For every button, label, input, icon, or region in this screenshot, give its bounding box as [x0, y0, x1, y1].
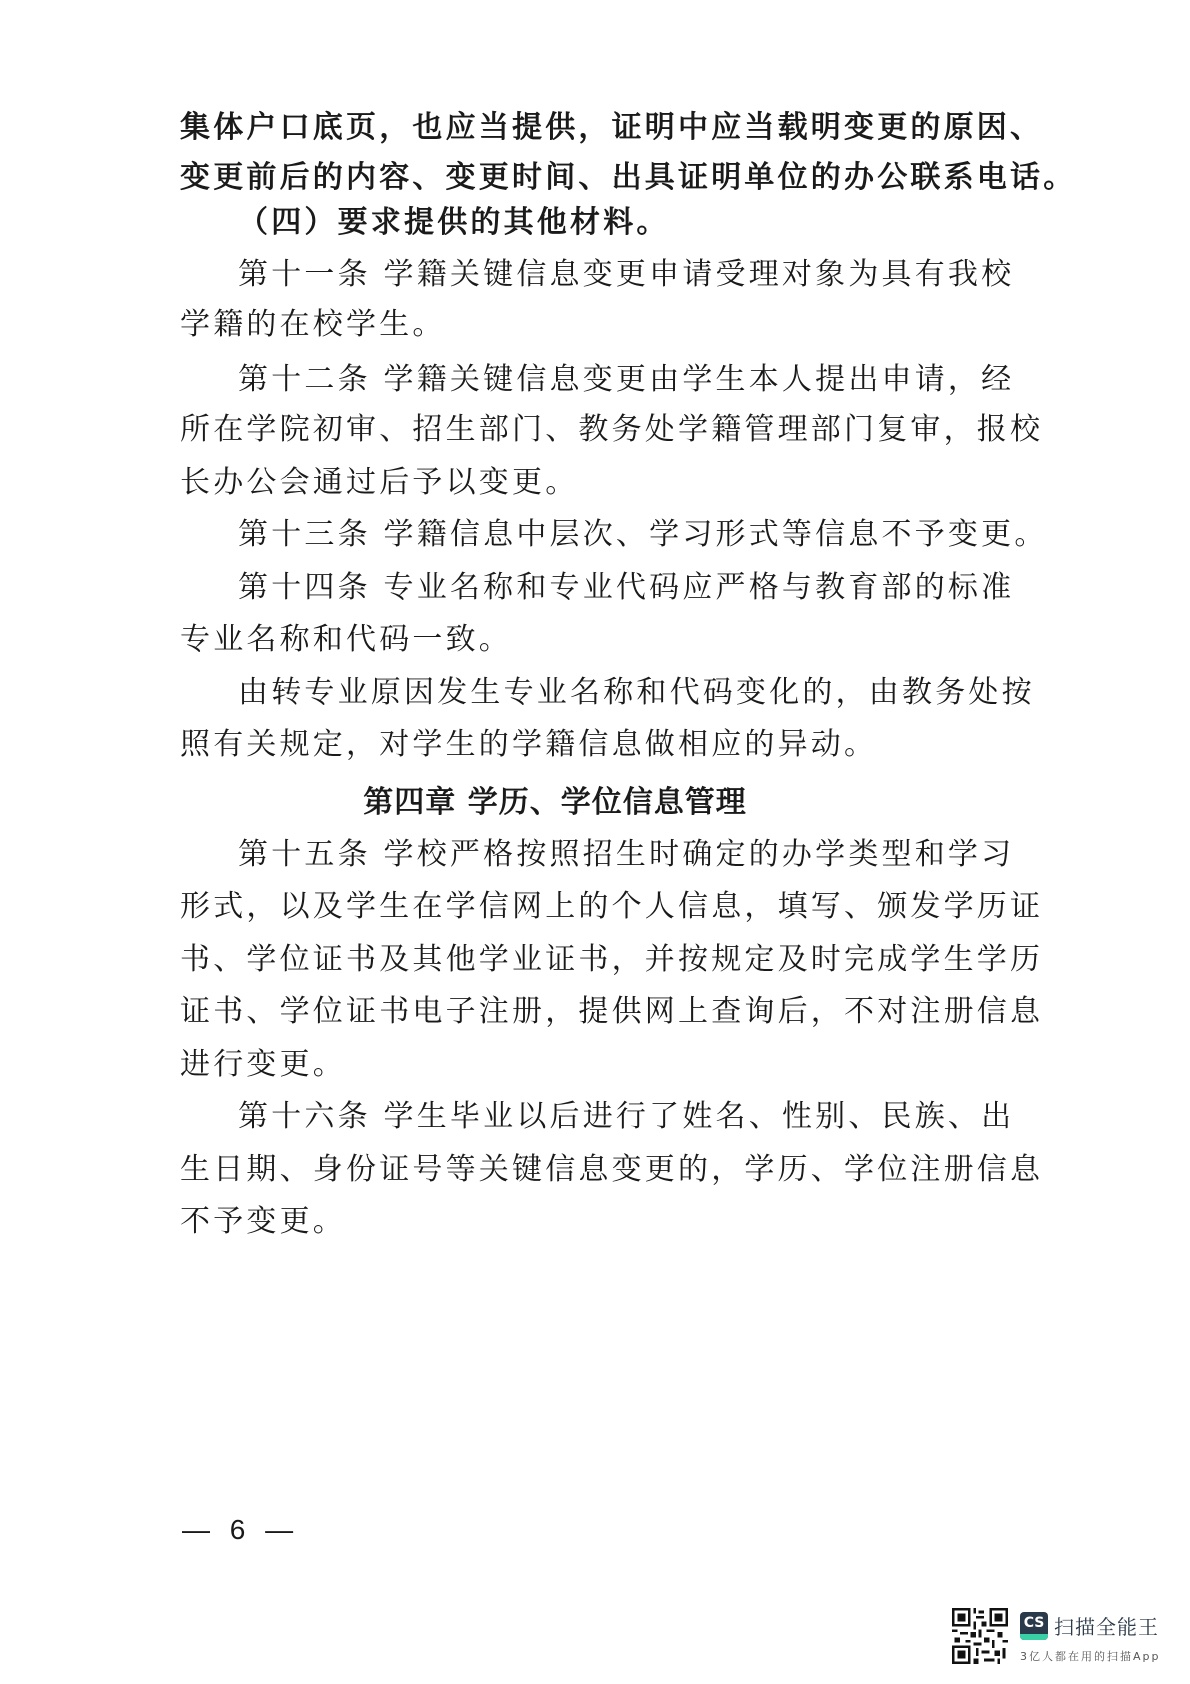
text-line: 所在学院初审、招生部门、教务处学籍管理部门复审，报校 [180, 410, 980, 450]
text-line: 书、学位证书及其他学业证书，并按规定及时完成学生学历 [180, 940, 980, 980]
qr-code-icon [952, 1608, 1008, 1664]
text-line: 第十三条 学籍信息中层次、学习形式等信息不予变更。 [238, 515, 1038, 555]
text-line: 第十二条 学籍关键信息变更由学生本人提出申请，经 [238, 360, 1038, 400]
text-line: 变更前后的内容、变更时间、出具证明单位的办公联系电话。 [180, 158, 980, 198]
app-name: 扫描全能王 [1054, 1611, 1159, 1640]
text-line: 第十六条 学生毕业以后进行了姓名、性别、民族、出 [238, 1097, 1038, 1137]
text-line: 第十四条 专业名称和专业代码应严格与教育部的标准 [238, 568, 1038, 608]
logo-text: CS [1020, 1615, 1048, 1631]
text-line: 长办公会通过后予以变更。 [180, 463, 980, 503]
text-line: 由转专业原因发生专业名称和代码变化的，由教务处按 [238, 673, 1038, 713]
chapter-heading: 第四章 学历、学位信息管理 [0, 783, 1110, 823]
text-line: 证书、学位证书电子注册，提供网上查询后，不对注册信息 [180, 992, 980, 1032]
camscanner-logo-icon: CS [1020, 1612, 1048, 1640]
text-line: 进行变更。 [180, 1045, 980, 1085]
page-number: — 6 — [182, 1510, 299, 1550]
text-line: （四）要求提供的其他材料。 [238, 203, 1038, 243]
document-page: 集体户口底页，也应当提供，证明中应当载明变更的原因、变更前后的内容、变更时间、出… [0, 0, 1190, 1684]
text-line: 生日期、身份证号等关键信息变更的，学历、学位注册信息 [180, 1150, 980, 1190]
text-line: 第十五条 学校严格按照招生时确定的办学类型和学习 [238, 835, 1038, 875]
scanner-watermark: CS 扫描全能王 3亿人都在用的扫描App [952, 1608, 1182, 1678]
text-line: 专业名称和代码一致。 [180, 620, 980, 660]
app-tagline: 3亿人都在用的扫描App [1020, 1648, 1161, 1664]
text-line: 照有关规定，对学生的学籍信息做相应的异动。 [180, 725, 980, 765]
text-line: 集体户口底页，也应当提供，证明中应当载明变更的原因、 [180, 108, 980, 148]
text-line: 不予变更。 [180, 1202, 980, 1242]
text-line: 第十一条 学籍关键信息变更申请受理对象为具有我校 [238, 255, 1038, 295]
text-line: 形式，以及学生在学信网上的个人信息，填写、颁发学历证 [180, 887, 980, 927]
text-line: 学籍的在校学生。 [180, 305, 980, 345]
